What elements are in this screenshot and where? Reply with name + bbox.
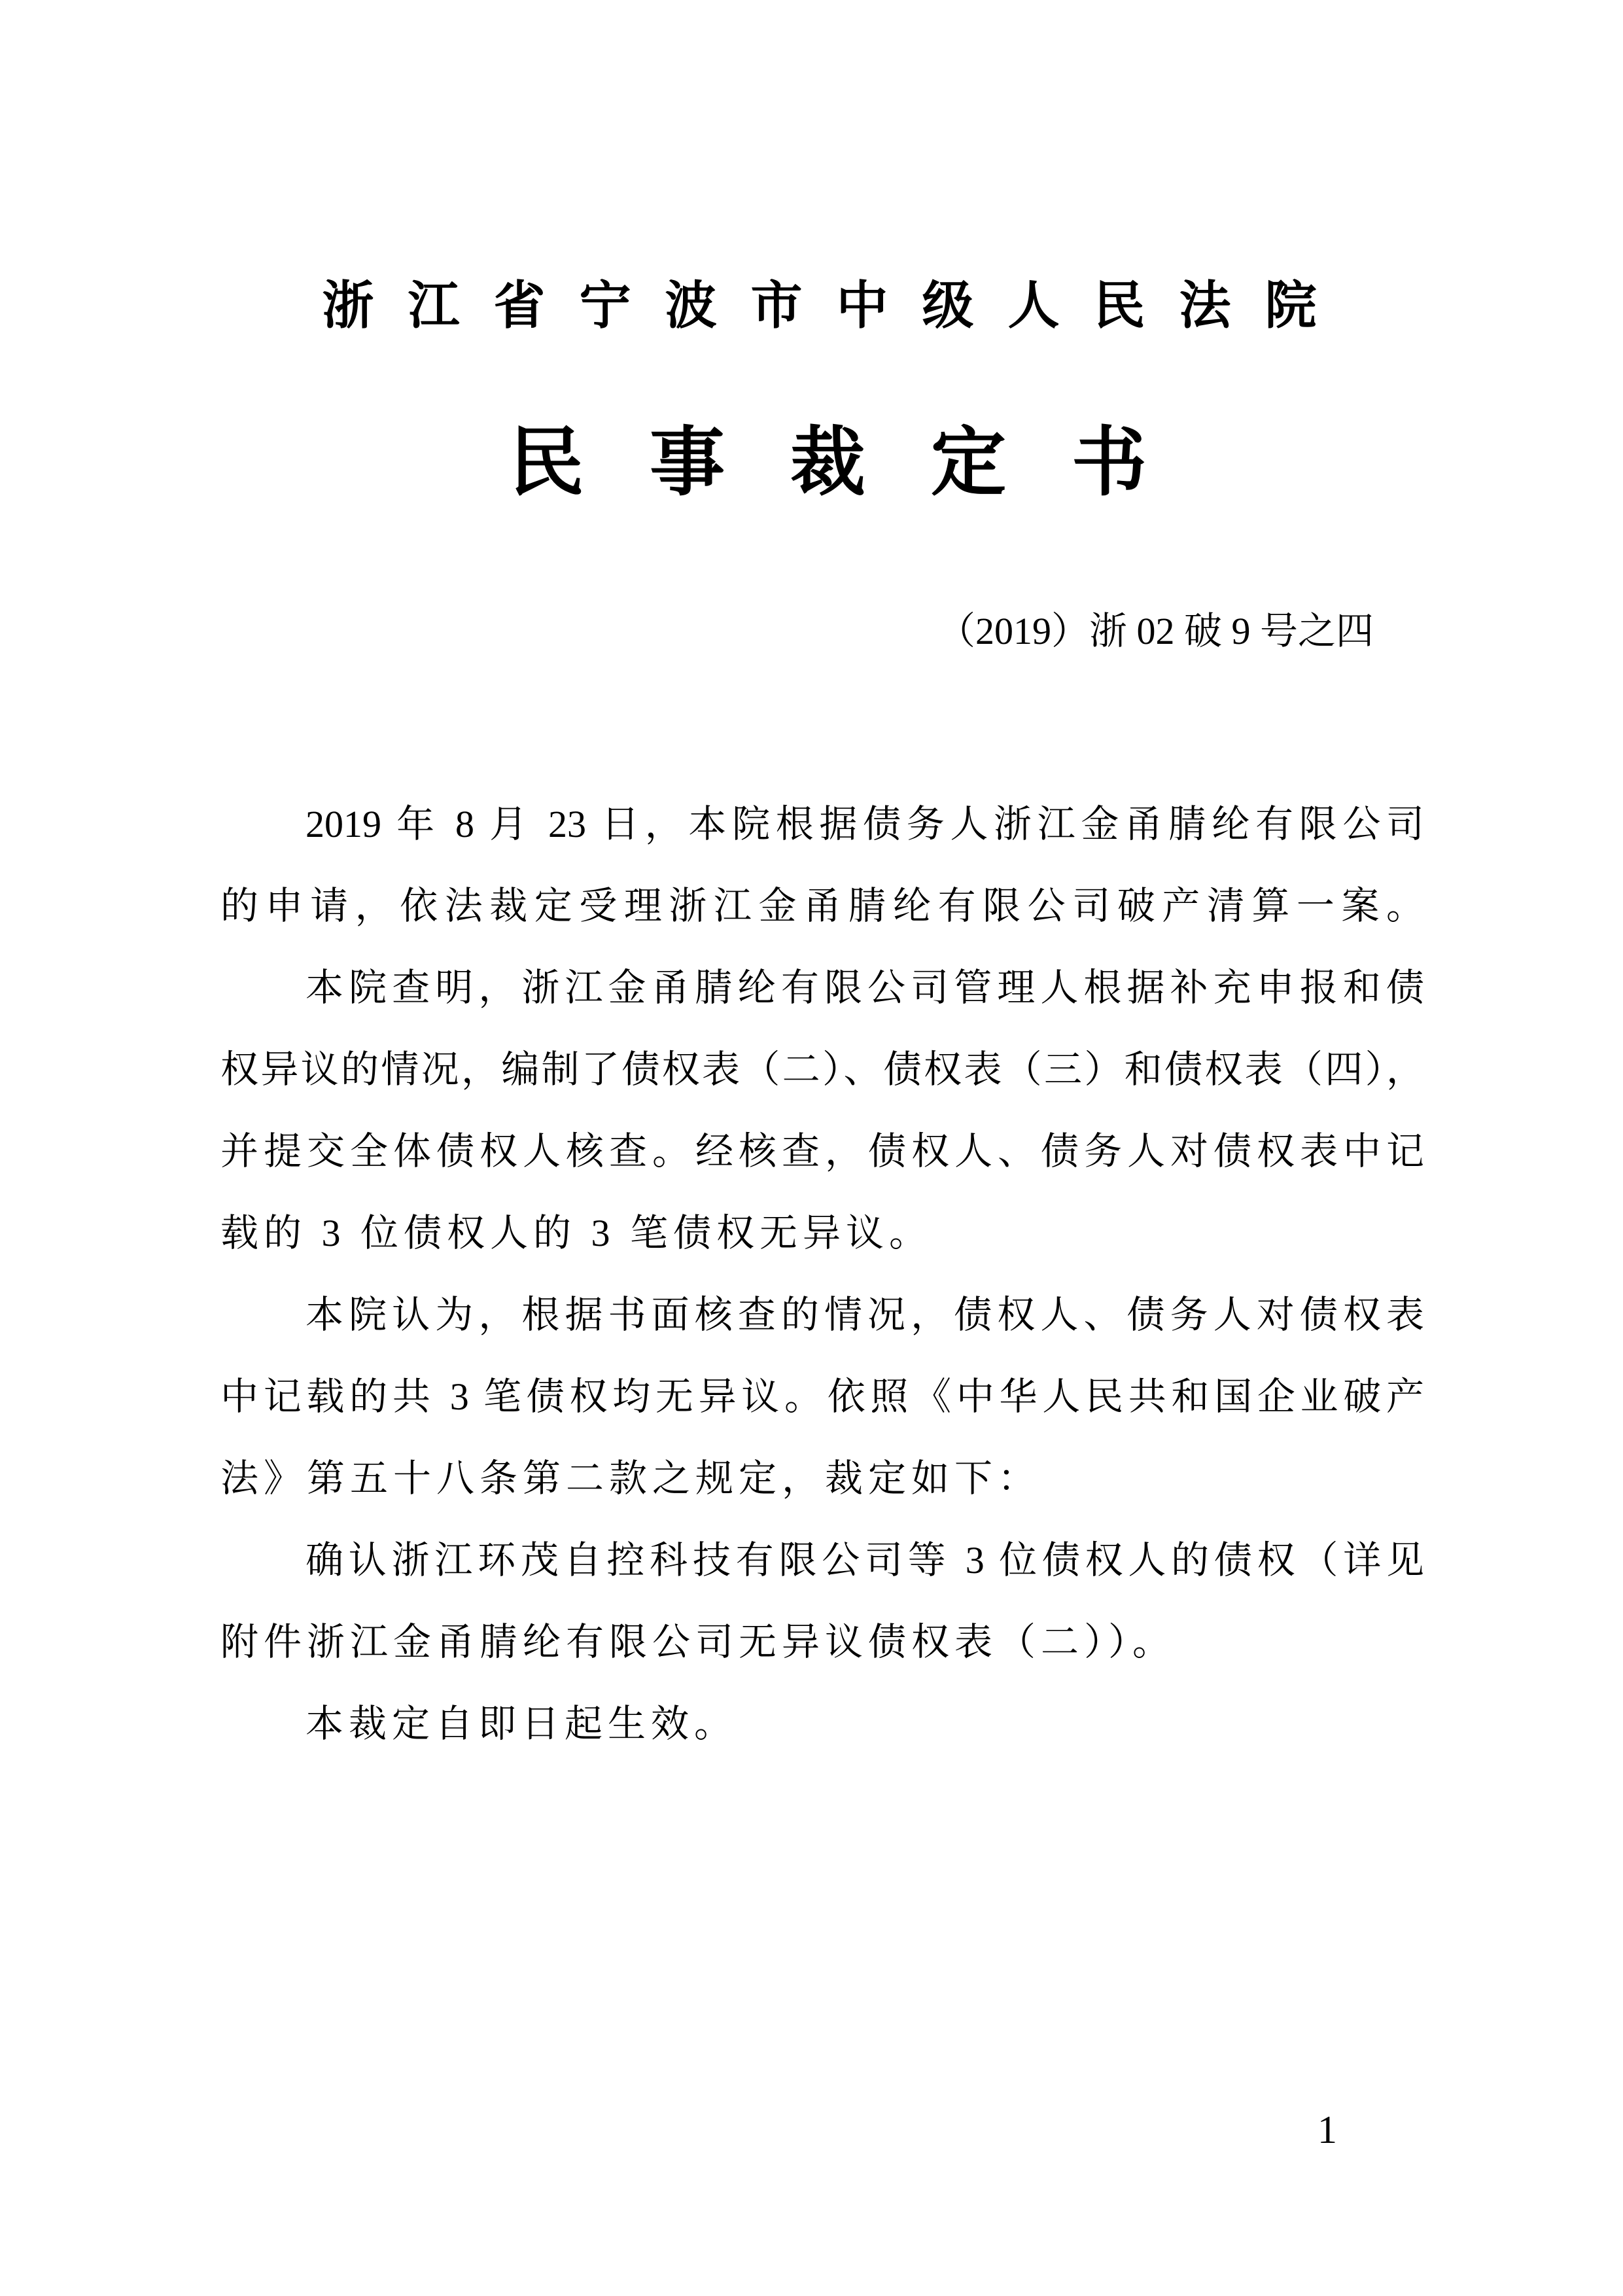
body-line: 本院认为，根据书面核查的情况，债权人、债务人对债权表	[220, 1274, 1424, 1356]
document-body: 2019 年 8 月 23 日，本院根据债务人浙江金甬腈纶有限公司的申请，依法裁…	[220, 783, 1424, 1765]
body-line: 载的 3 位债权人的 3 笔债权无异议。	[220, 1192, 1424, 1274]
body-line: 本裁定自即日起生效。	[220, 1683, 1424, 1765]
case-number: （2019）浙 02 破 9 号之四	[937, 609, 1374, 654]
body-line: 2019 年 8 月 23 日，本院根据债务人浙江金甬腈纶有限公司	[220, 783, 1424, 865]
body-line: 确认浙江环茂自控科技有限公司等 3 位债权人的债权（详见	[220, 1519, 1424, 1601]
body-line: 的申请，依法裁定受理浙江金甬腈纶有限公司破产清算一案。	[220, 865, 1424, 947]
body-line: 中记载的共 3 笔债权均无异议。依照《中华人民共和国企业破产	[220, 1356, 1424, 1438]
document-title: 民事裁定书	[0, 420, 1623, 506]
body-line: 并提交全体债权人核查。经核查，债权人、债务人对债权表中记	[220, 1110, 1424, 1192]
court-name-heading: 浙江省宁波市中级人民法院	[0, 277, 1623, 337]
body-line: 法》第五十八条第二款之规定，裁定如下：	[220, 1438, 1424, 1519]
body-line: 附件浙江金甬腈纶有限公司无异议债权表（二））。	[220, 1601, 1424, 1683]
document-page: 浙江省宁波市中级人民法院 民事裁定书 （2019）浙 02 破 9 号之四 20…	[0, 0, 1623, 2296]
body-line: 权异议的情况，编制了债权表（二）、债权表（三）和债权表（四），	[220, 1029, 1424, 1110]
body-line: 本院查明，浙江金甬腈纶有限公司管理人根据补充申报和债	[220, 947, 1424, 1029]
page-number: 1	[1318, 2108, 1337, 2151]
